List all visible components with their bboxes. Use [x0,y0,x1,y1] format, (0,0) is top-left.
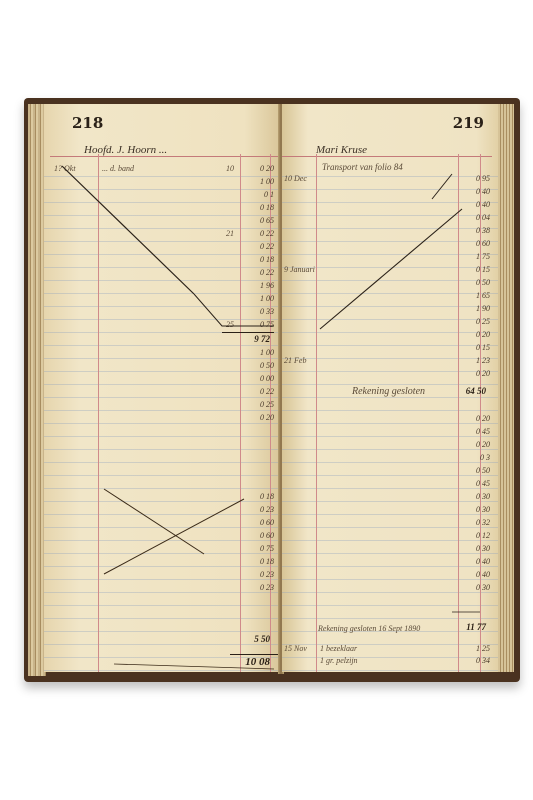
strikethrough-marks [44,104,280,672]
strikethrough-marks [282,104,498,672]
page-edges-right [498,104,514,672]
right-page: 219 Mari Kruse Transport van folio 84 0 … [282,104,498,672]
left-page: 218 Hoofd. J. Hoorn ... 1? Okt ... d. ba… [44,104,280,672]
